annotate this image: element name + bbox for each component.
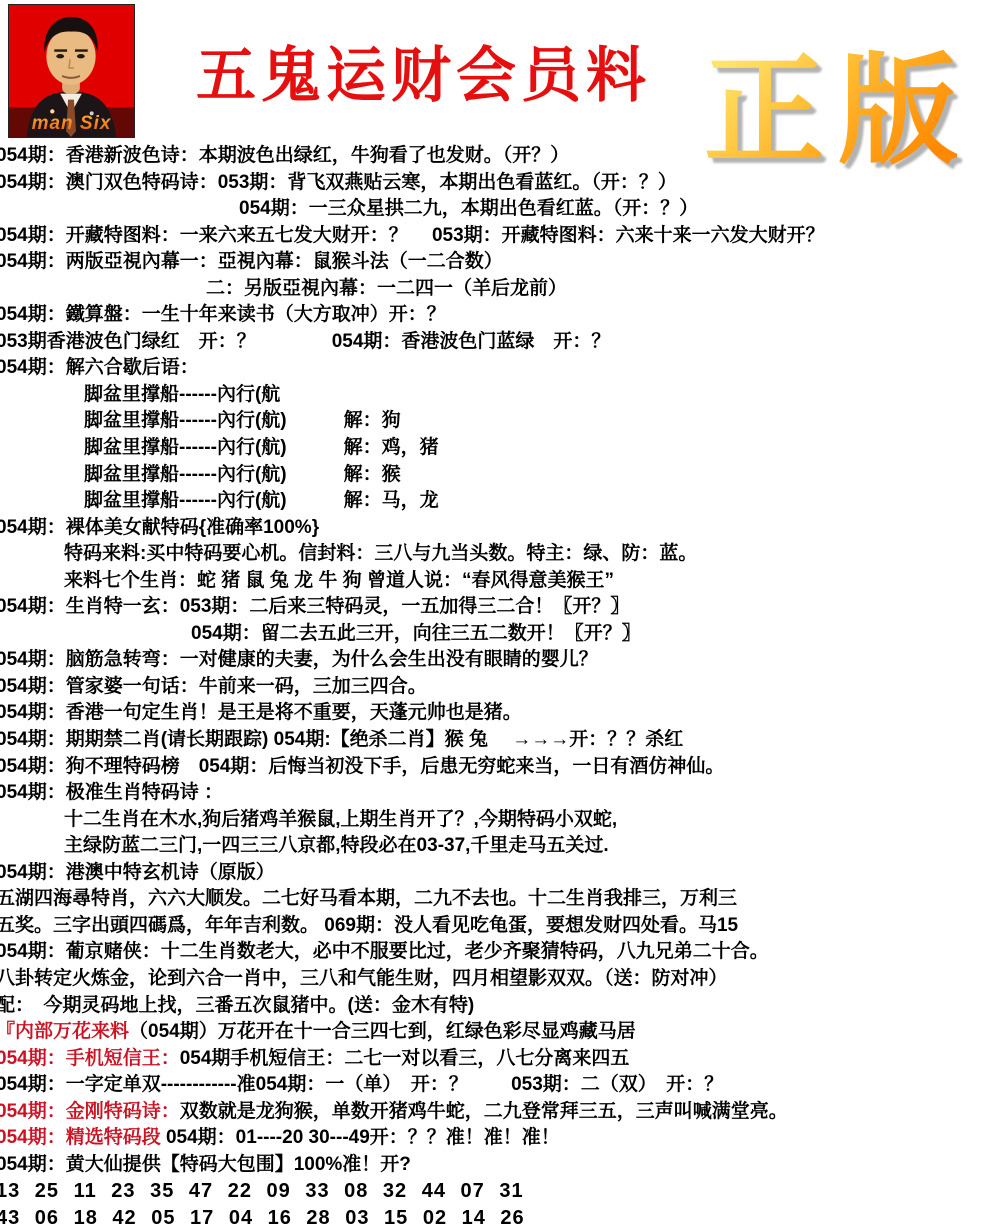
text-segment: 主绿防蓝二三门,一四三三八京都,特段必在03-37,千里走马五关过. bbox=[64, 835, 609, 856]
text-line: 054期：一三众星拱二九，本期出色看红蓝。（开：？） bbox=[0, 196, 992, 223]
text-segment: 脚盆里撑船------內行(航) 解：鸡，猪 bbox=[84, 437, 439, 458]
text-segment: 五奖。三字出頭四碼爲，年年吉利数。 069期：没人看见吃龟蛋，要想发财四处看。马… bbox=[0, 915, 738, 936]
text-line: 脚盆里撑船------內行(航) 解：猴 bbox=[0, 462, 992, 489]
text-line: 来料七个生肖：蛇 猪 鼠 兔 龙 牛 狗 曾道人说：“春风得意美猴王” bbox=[0, 568, 992, 595]
text-segment: 054期：香港新波色诗：本期波色出绿红，牛狗看了也发财。（开？） bbox=[0, 145, 569, 166]
text-segment: 八卦转定火炼金，论到六合一肖中，三八和气能生财，四月相望影双双。（送：防对冲） bbox=[0, 968, 728, 989]
number-row: 43 06 18 42 05 17 04 16 28 03 15 02 14 2… bbox=[0, 1205, 992, 1231]
text-line: 054期：裸体美女献特码{准确率100%} bbox=[0, 515, 992, 542]
text-line: 054期：脑筋急转弯：一对健康的夫妻，为什么会生出没有眼睛的婴儿？ bbox=[0, 647, 992, 674]
text-segment: 43 06 18 42 05 17 04 16 28 03 15 02 14 2… bbox=[0, 1207, 525, 1229]
text-segment: （054期）万花开在十一合三四七到，红绿色彩尽显鸡藏马居 bbox=[129, 1021, 636, 1042]
red-text-segment: 054期：金刚特码诗： bbox=[0, 1101, 180, 1122]
text-line: 054期：生肖特一玄：053期：二后来三特码灵，一五加得三二合！〖开？〗 bbox=[0, 594, 992, 621]
text-segment: 054期：解六合歇后语： bbox=[0, 357, 199, 378]
text-segment: 054期：两版亞視內幕一：亞視內幕：鼠猴斗法（一二合数） bbox=[0, 251, 503, 272]
text-segment: 054期：留二去五此三开，向往三五二数开！〖开？〗 bbox=[191, 623, 641, 644]
text-segment: 脚盆里撑船------內行(航 bbox=[84, 384, 280, 405]
text-segment: 054期：鐵算盤：一生十年来读书（大方取冲）开：？ bbox=[0, 304, 446, 325]
tips-text-body: 054期：香港新波色诗：本期波色出绿红，牛狗看了也发财。（开？）054期：澳门双… bbox=[0, 143, 992, 1231]
text-line: 054期：手机短信王：054期手机短信王：二七一对以看三，八七分离来四五 bbox=[0, 1046, 992, 1073]
text-segment: 054期：澳门双色特码诗：053期：背飞双燕贴云寒，本期出色看蓝红。（开：？） bbox=[0, 172, 677, 193]
text-line: 八卦转定火炼金，论到六合一肖中，三八和气能生财，四月相望影双双。（送：防对冲） bbox=[0, 966, 992, 993]
photo-watermark-label: man Six bbox=[9, 113, 134, 135]
text-line: 053期香港波色门绿红 开：？ 054期：香港波色门蓝绿 开：？ bbox=[0, 329, 992, 356]
text-segment: 054期：管家婆一句话：牛前来一码，三加三四合。 bbox=[0, 676, 427, 697]
text-line: 脚盆里撑船------內行(航) 解：狗 bbox=[0, 408, 992, 435]
text-segment: 054期手机短信王：二七一对以看三，八七分离来四五 bbox=[180, 1048, 630, 1069]
text-segment: 脚盆里撑船------內行(航) 解：狗 bbox=[84, 410, 401, 431]
text-line: 054期：两版亞視內幕一：亞視內幕：鼠猴斗法（一二合数） bbox=[0, 249, 992, 276]
text-line: 特码来料:买中特码要心机。信封料：三八与九当头数。特主：绿、防：蓝。 bbox=[0, 541, 992, 568]
text-segment: 双数就是龙狗猴，单数开猪鸡牛蛇，二九登常拜三五，三声叫喊满堂亮。 bbox=[180, 1101, 788, 1122]
red-text-segment: 054期：手机短信王： bbox=[0, 1048, 180, 1069]
text-segment: 脚盆里撑船------內行(航) 解：马，龙 bbox=[84, 490, 439, 511]
text-line: 054期：港澳中特玄机诗（原版） bbox=[0, 860, 992, 887]
text-segment: 二：另版亞視內幕：一二四一（羊后龙前） bbox=[206, 278, 567, 299]
text-line: 054期：金刚特码诗：双数就是龙狗猴，单数开猪鸡牛蛇，二九登常拜三五，三声叫喊满… bbox=[0, 1099, 992, 1126]
text-line: 054期：解六合歇后语： bbox=[0, 355, 992, 382]
text-line: 054期：黄大仙提供【特码大包围】100%准！开? bbox=[0, 1152, 992, 1179]
text-line: 054期：一字定单双------------准054期：一（单） 开：？ 053… bbox=[0, 1072, 992, 1099]
text-segment: 054期：开藏特图料：一来六来五七发大财开：？ 053期：开藏特图料：六来十来一… bbox=[0, 225, 825, 246]
text-line: 主绿防蓝二三门,一四三三八京都,特段必在03-37,千里走马五关过. bbox=[0, 833, 992, 860]
text-segment: 054期：葡京赌侠：十二生肖数老大，必中不服要比过，老少齐聚猜特码，八九兄弟二十… bbox=[0, 941, 769, 962]
text-segment: 13 25 11 23 35 47 22 09 33 08 32 44 07 3… bbox=[0, 1180, 524, 1202]
text-segment: 054期：一字定单双------------准054期：一（单） 开：？ 053… bbox=[0, 1074, 723, 1095]
text-line: 054期：留二去五此三开，向往三五二数开！〖开？〗 bbox=[0, 621, 992, 648]
text-line: 054期：狗不理特码榜 054期：后悔当初没下手，后患无穷蛇来当，一日有酒仿神仙… bbox=[0, 754, 992, 781]
text-segment: 054期：生肖特一玄：053期：二后来三特码灵，一五加得三二合！〖开？〗 bbox=[0, 596, 629, 617]
text-segment: 五湖四海尋特肖，六六大顺发。二七好马看本期，二九不去也。十二生肖我排三，万利三 bbox=[0, 888, 737, 909]
text-line: 『内部万花来料（054期）万花开在十一合三四七到，红绿色彩尽显鸡藏马居 bbox=[0, 1019, 992, 1046]
text-line: 五湖四海尋特肖，六六大顺发。二七好马看本期，二九不去也。十二生肖我排三，万利三 bbox=[0, 886, 992, 913]
text-segment: 054期：香港一句定生肖！是王是将不重要，天蓬元帅也是猪。 bbox=[0, 702, 522, 723]
text-line: 054期：澳门双色特码诗：053期：背飞双燕贴云寒，本期出色看蓝红。（开：？） bbox=[0, 170, 992, 197]
text-line: 脚盆里撑船------內行(航) 解：马，龙 bbox=[0, 488, 992, 515]
text-line: 054期：开藏特图料：一来六来五七发大财开：？ 053期：开藏特图料：六来十来一… bbox=[0, 223, 992, 250]
text-segment: 054期：一三众星拱二九，本期出色看红蓝。（开：？） bbox=[239, 198, 698, 219]
text-segment: 脚盆里撑船------內行(航) 解：猴 bbox=[84, 464, 401, 485]
text-segment: 来料七个生肖：蛇 猪 鼠 兔 龙 牛 狗 曾道人说：“春风得意美猴王” bbox=[64, 570, 614, 591]
text-segment: 053期香港波色门绿红 开：？ 054期：香港波色门蓝绿 开：？ bbox=[0, 331, 610, 352]
text-segment: 054期：黄大仙提供【特码大包围】100%准！开? bbox=[0, 1154, 411, 1175]
text-segment: 配： 今期灵码地上找，三番五次鼠猪中。(送：金木有特) bbox=[0, 995, 474, 1016]
text-line: 二：另版亞視內幕：一二四一（羊后龙前） bbox=[0, 276, 992, 303]
lottery-tip-sheet: man Six 五鬼运财会员料 正版 054期：香港新波色诗：本期波色出绿红，牛… bbox=[0, 0, 992, 1231]
text-line: 054期：期期禁二肖(请长期跟踪) 054期:【绝杀二肖】猴 兔 →→→开：？？… bbox=[0, 727, 992, 754]
text-segment: 054期：期期禁二肖(请长期跟踪) 054期:【绝杀二肖】猴 兔 →→→开：？？… bbox=[0, 729, 683, 750]
text-segment: 十二生肖在木水,狗后猪鸡羊猴鼠,上期生肖开了？,今期特码小双蛇, bbox=[64, 809, 617, 830]
text-line: 054期：管家婆一句话：牛前来一码，三加三四合。 bbox=[0, 674, 992, 701]
text-line: 脚盆里撑船------內行(航 bbox=[0, 382, 992, 409]
text-line: 配： 今期灵码地上找，三番五次鼠猪中。(送：金木有特) bbox=[0, 993, 992, 1020]
portrait-photo: man Six bbox=[8, 4, 135, 138]
number-row: 13 25 11 23 35 47 22 09 33 08 32 44 07 3… bbox=[0, 1178, 992, 1205]
text-segment: 特码来料:买中特码要心机。信封料：三八与九当头数。特主：绿、防：蓝。 bbox=[64, 543, 697, 564]
text-line: 054期：精选特码段 054期：01----20 30---49开：？？准！准！… bbox=[0, 1125, 992, 1152]
text-segment: 054期：港澳中特玄机诗（原版） bbox=[0, 862, 275, 883]
text-line: 脚盆里撑船------內行(航) 解：鸡，猪 bbox=[0, 435, 992, 462]
text-line: 十二生肖在木水,狗后猪鸡羊猴鼠,上期生肖开了？,今期特码小双蛇, bbox=[0, 807, 992, 834]
text-line: 054期：香港一句定生肖！是王是将不重要，天蓬元帅也是猪。 bbox=[0, 700, 992, 727]
text-line: 054期：鐵算盤：一生十年来读书（大方取冲）开：？ bbox=[0, 302, 992, 329]
text-line: 054期：香港新波色诗：本期波色出绿红，牛狗看了也发财。（开？） bbox=[0, 143, 992, 170]
text-segment: 054期：裸体美女献特码{准确率100%} bbox=[0, 517, 319, 538]
text-segment: 054期：狗不理特码榜 054期：后悔当初没下手，后患无穷蛇来当，一日有酒仿神仙… bbox=[0, 756, 724, 777]
red-text-segment: 054期：精选特码段 bbox=[0, 1127, 161, 1148]
text-segment: 054期：01----20 30---49开：？？准！准！准！ bbox=[161, 1127, 560, 1148]
text-line: 054期：葡京赌侠：十二生肖数老大，必中不服要比过，老少齐聚猜特码，八九兄弟二十… bbox=[0, 939, 992, 966]
text-line: 054期：极准生肖特码诗 ： bbox=[0, 780, 992, 807]
page-title: 五鬼运财会员料 bbox=[196, 28, 651, 114]
text-segment: 054期：极准生肖特码诗 ： bbox=[0, 782, 223, 803]
text-line: 五奖。三字出頭四碼爲，年年吉利数。 069期：没人看见吃龟蛋，要想发财四处看。马… bbox=[0, 913, 992, 940]
red-text-segment: 『内部万花来料 bbox=[0, 1021, 129, 1042]
text-segment: 054期：脑筋急转弯：一对健康的夫妻，为什么会生出没有眼睛的婴儿？ bbox=[0, 649, 598, 670]
